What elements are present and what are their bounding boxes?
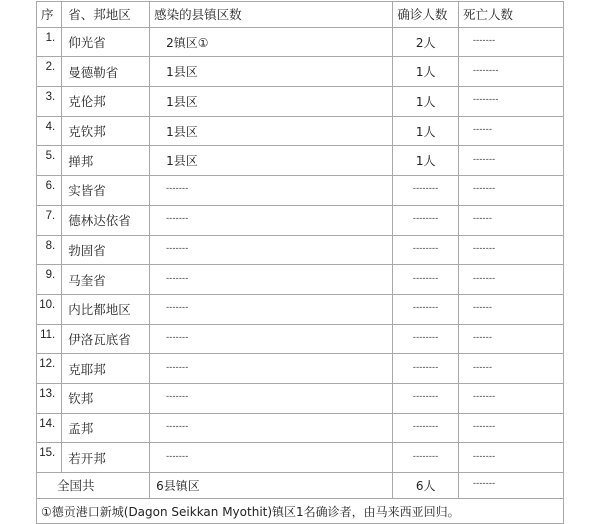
row-region: 曼德勒省 — [62, 57, 150, 87]
table-row: 10.内比都地区--------------------- — [37, 294, 564, 324]
row-counties-value: ------- — [166, 273, 188, 283]
row-index: 9. — [37, 265, 62, 295]
table-row: 8.勃固省---------------------- — [37, 235, 564, 265]
row-index: 15. — [37, 443, 62, 468]
row-region: 内比都地区 — [62, 294, 150, 324]
row-deaths: ------- — [458, 413, 563, 443]
row-deaths: ------- — [458, 176, 563, 206]
row-confirmed: -------- — [393, 413, 459, 443]
row-confirmed: -------- — [393, 176, 459, 206]
row-counties: 2镇区① — [150, 27, 393, 57]
row-index: 4. — [37, 116, 62, 146]
table-row: 4.克钦邦1县区1人------ — [37, 116, 564, 146]
table-row: 14.孟邦---------------------- — [37, 413, 564, 443]
row-region: 马奎省 — [62, 265, 150, 295]
row-counties-value: ------- — [166, 362, 188, 372]
row-confirmed-value: -------- — [413, 421, 439, 431]
row-confirmed: 1人 — [393, 57, 459, 87]
row-region: 钦邦 — [62, 383, 150, 413]
row-deaths-value: ------- — [473, 391, 495, 401]
row-counties: ------- — [150, 294, 393, 324]
row-confirmed-value: -------- — [413, 243, 439, 253]
table-row: 3.克伦邦1县区1人-------- — [37, 87, 564, 117]
row-confirmed-value: -------- — [413, 213, 439, 223]
row-deaths-value: -------- — [473, 94, 499, 104]
row-confirmed: -------- — [393, 443, 459, 468]
row-counties-value: ------- — [166, 213, 188, 223]
row-index: 8. — [37, 235, 62, 265]
row-counties-value: ------- — [166, 302, 188, 312]
row-index: 13. — [37, 383, 62, 413]
row-confirmed: -------- — [393, 383, 459, 413]
row-index: 5. — [37, 146, 62, 176]
row-counties-value: ------- — [166, 391, 188, 401]
header-deaths: 死亡人数 — [458, 2, 563, 28]
row-region: 勃固省 — [62, 235, 150, 265]
row-deaths: ------ — [458, 324, 563, 354]
row-confirmed-value: -------- — [413, 391, 439, 401]
row-deaths-value: ------ — [473, 213, 492, 223]
row-region: 若开邦 — [62, 443, 150, 468]
header-region: 省、邦地区 — [62, 2, 150, 28]
row-index: 14. — [37, 413, 62, 443]
row-confirmed: 1人 — [393, 146, 459, 176]
row-counties: ------- — [150, 443, 393, 468]
table-row: 7.德林达依省--------------------- — [37, 205, 564, 235]
table-row: 1.仰光省2镇区①2人------- — [37, 27, 564, 57]
document-page: 序 省、邦地区 感染的县镇区数 确诊人数 死亡人数 1.仰光省2镇区①2人---… — [36, 1, 564, 468]
row-counties: ------- — [150, 413, 393, 443]
row-counties: ------- — [150, 383, 393, 413]
row-confirmed-value: -------- — [413, 332, 439, 342]
table-row: 15.若开邦---------------------- — [37, 443, 564, 468]
row-confirmed: 1人 — [393, 116, 459, 146]
covid-cases-table: 序 省、邦地区 感染的县镇区数 确诊人数 死亡人数 1.仰光省2镇区①2人---… — [36, 1, 564, 468]
row-confirmed-value: -------- — [413, 183, 439, 193]
table-body: 1.仰光省2镇区①2人-------2.曼德勒省1县区1人--------3.克… — [37, 27, 564, 468]
row-deaths: ------- — [458, 27, 563, 57]
row-index: 3. — [37, 87, 62, 117]
row-confirmed: -------- — [393, 235, 459, 265]
row-confirmed-value: -------- — [413, 302, 439, 312]
row-deaths: ------- — [458, 146, 563, 176]
row-deaths-value: ------ — [473, 302, 492, 312]
row-counties: ------- — [150, 354, 393, 384]
row-confirmed: -------- — [393, 354, 459, 384]
row-deaths-value: ------ — [473, 362, 492, 372]
row-confirmed: -------- — [393, 265, 459, 295]
row-counties: ------- — [150, 176, 393, 206]
row-counties: ------- — [150, 235, 393, 265]
row-confirmed: 1人 — [393, 87, 459, 117]
header-confirmed: 确诊人数 — [393, 2, 459, 28]
row-deaths-value: ------- — [473, 154, 495, 164]
row-region: 掸邦 — [62, 146, 150, 176]
row-confirmed-value: -------- — [413, 273, 439, 283]
row-counties-value: ------- — [166, 332, 188, 342]
table-row: 11.伊洛瓦底省--------------------- — [37, 324, 564, 354]
row-confirmed: -------- — [393, 294, 459, 324]
row-counties: 1县区 — [150, 57, 393, 87]
row-counties-value: ------- — [166, 183, 188, 193]
row-region: 克钦邦 — [62, 116, 150, 146]
row-index: 1. — [37, 27, 62, 57]
row-deaths: ------ — [458, 294, 563, 324]
row-counties: 1县区 — [150, 87, 393, 117]
row-deaths: -------- — [458, 57, 563, 87]
row-counties: 1县区 — [150, 146, 393, 176]
row-deaths-value: ------ — [473, 332, 492, 342]
header-counties: 感染的县镇区数 — [150, 2, 393, 28]
row-confirmed-value: -------- — [413, 451, 439, 461]
row-deaths-value: ------- — [473, 273, 495, 283]
row-index: 12. — [37, 354, 62, 384]
header-index: 序 — [37, 2, 62, 28]
table-row: 13.钦邦---------------------- — [37, 383, 564, 413]
row-deaths: ------- — [458, 383, 563, 413]
row-region: 伊洛瓦底省 — [62, 324, 150, 354]
row-index: 2. — [37, 57, 62, 87]
row-confirmed: -------- — [393, 324, 459, 354]
header-row: 序 省、邦地区 感染的县镇区数 确诊人数 死亡人数 — [37, 2, 564, 28]
row-counties-value: ------- — [166, 451, 188, 461]
row-confirmed-value: -------- — [413, 362, 439, 372]
row-deaths-value: ------- — [473, 421, 495, 431]
table-row: 6.实皆省---------------------- — [37, 176, 564, 206]
row-index: 7. — [37, 205, 62, 235]
row-counties: ------- — [150, 265, 393, 295]
row-counties: ------- — [150, 205, 393, 235]
row-counties: 1县区 — [150, 116, 393, 146]
row-deaths: -------- — [458, 87, 563, 117]
row-counties-value: ------- — [166, 243, 188, 253]
row-region: 实皆省 — [62, 176, 150, 206]
table-row: 2.曼德勒省1县区1人-------- — [37, 57, 564, 87]
row-deaths-value: ------- — [473, 35, 495, 45]
row-deaths: ------- — [458, 265, 563, 295]
row-confirmed: -------- — [393, 205, 459, 235]
row-region: 德林达依省 — [62, 205, 150, 235]
row-deaths-value: ------- — [473, 451, 495, 461]
row-deaths: ------- — [458, 443, 563, 468]
row-confirmed: 2人 — [393, 27, 459, 57]
row-region: 克耶邦 — [62, 354, 150, 384]
row-deaths: ------ — [458, 205, 563, 235]
row-counties-value: ------- — [166, 421, 188, 431]
row-deaths: ------- — [458, 235, 563, 265]
row-deaths-value: ------- — [473, 243, 495, 253]
row-index: 11. — [37, 324, 62, 354]
row-region: 仰光省 — [62, 27, 150, 57]
table-row: 5.掸邦1县区1人------- — [37, 146, 564, 176]
table-row: 12.克耶邦--------------------- — [37, 354, 564, 384]
row-deaths-value: ------ — [473, 124, 492, 134]
row-index: 6. — [37, 176, 62, 206]
table-row: 9.马奎省---------------------- — [37, 265, 564, 295]
row-counties: ------- — [150, 324, 393, 354]
row-index: 10. — [37, 294, 62, 324]
row-region: 孟邦 — [62, 413, 150, 443]
row-deaths: ------ — [458, 354, 563, 384]
row-deaths: ------ — [458, 116, 563, 146]
row-region: 克伦邦 — [62, 87, 150, 117]
row-deaths-value: ------- — [473, 183, 495, 193]
row-deaths-value: -------- — [473, 65, 499, 75]
